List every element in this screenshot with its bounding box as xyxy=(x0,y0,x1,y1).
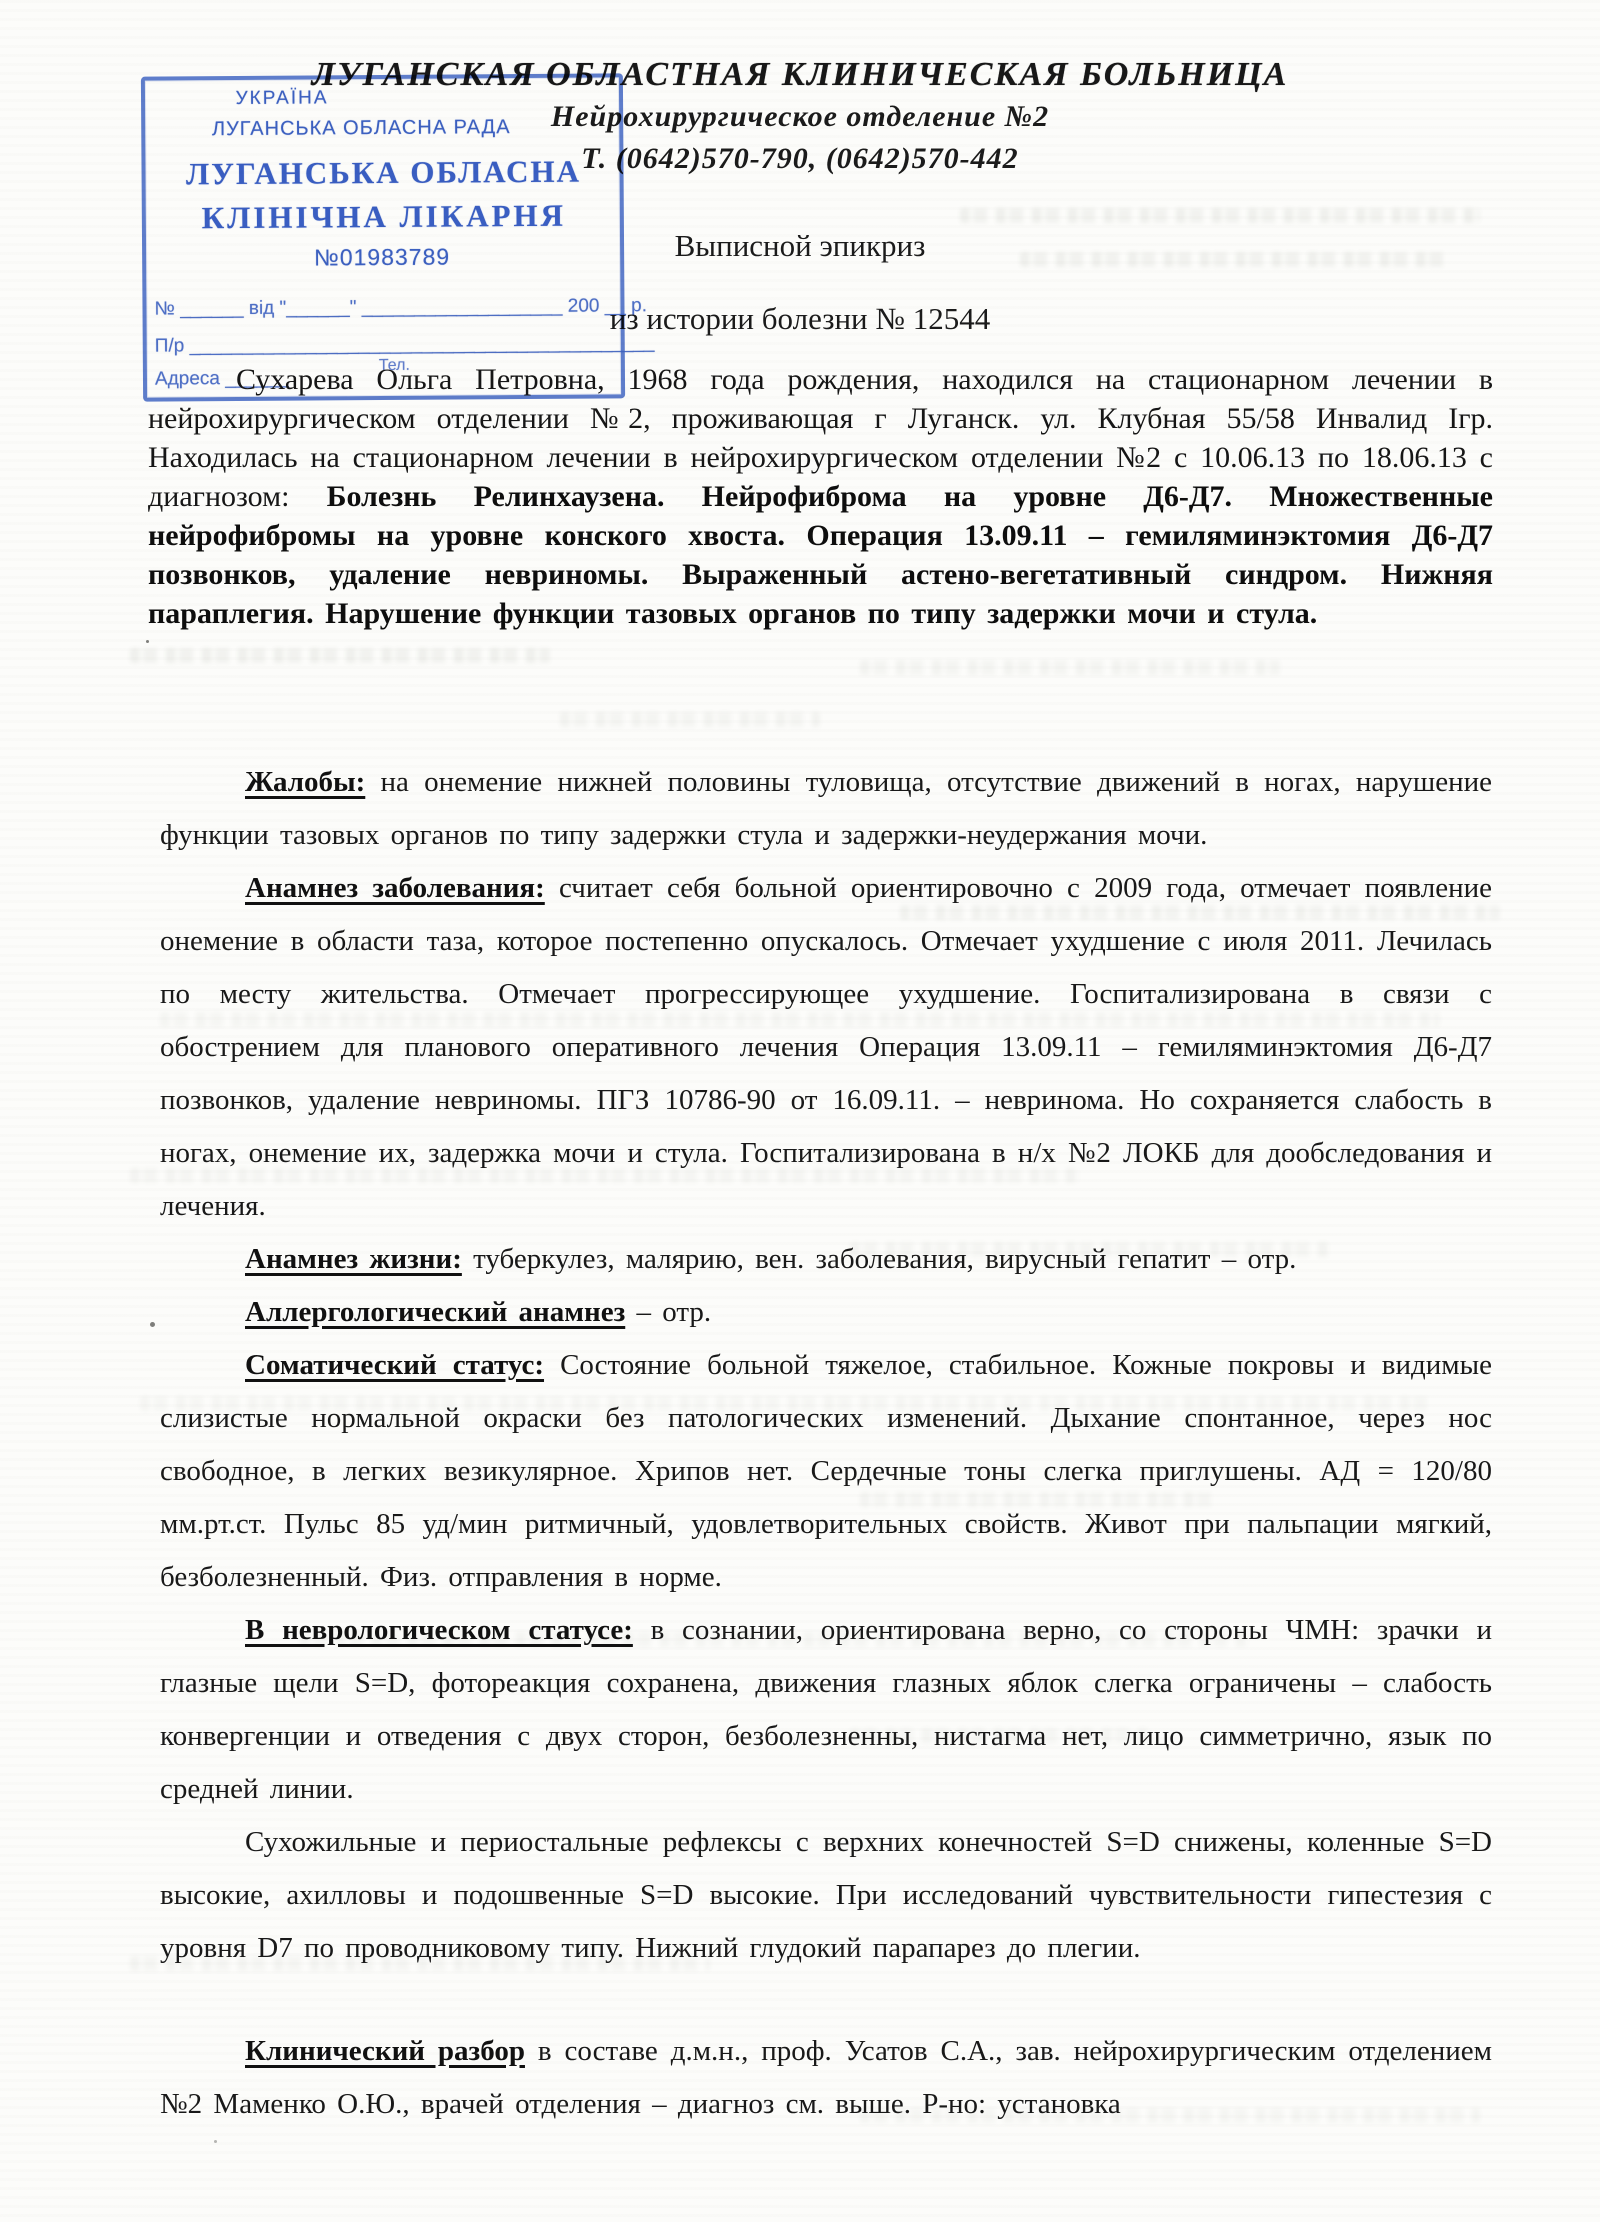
stamp-field-number-date: № ______ від "______" __________________… xyxy=(154,295,647,320)
section-clinical-heading: Клинический разбор xyxy=(245,2035,525,2067)
stamp-field-account: П/р ____________________________________… xyxy=(155,332,655,357)
bleedthrough-artifact xyxy=(130,648,550,663)
stamp-council: ЛУГАНСЬКА ОБЛАСНА РАДА xyxy=(145,116,577,142)
hospital-stamp: УКРАЇНА ЛУГАНСЬКА ОБЛАСНА РАДА ЛУГАНСЬКА… xyxy=(141,73,625,401)
section-allergy-heading: Аллергологический анамнез xyxy=(245,1296,625,1328)
section-somatic-heading: Соматический статус: xyxy=(245,1349,544,1381)
intro-paragraph: Сухарева Ольга Петровна, 1968 года рожде… xyxy=(148,360,1493,633)
section-somatic: Соматический статус: Состояние больной т… xyxy=(160,1339,1492,1604)
stamp-org-line1: ЛУГАНСЬКА ОБЛАСНА xyxy=(145,153,621,192)
bleedthrough-artifact xyxy=(960,208,1480,223)
stamp-org-line2: КЛІНІЧНА ЛІКАРНЯ xyxy=(146,197,622,236)
report-sections: Жалобы: на онемение нижней половины туло… xyxy=(160,756,1492,2131)
section-life-history-heading: Анамнез жизни: xyxy=(245,1243,462,1275)
section-disease-history: Анамнез заболевания: считает себя больно… xyxy=(160,862,1492,1233)
scanned-document-page: ЛУГАНСКАЯ ОБЛАСТНАЯ КЛИНИЧЕСКАЯ БОЛЬНИЦА… xyxy=(0,0,1600,2222)
bleedthrough-artifact xyxy=(560,712,820,727)
section-reflexes: Сухожильные и периостальные рефлексы с в… xyxy=(160,1816,1492,1975)
scan-speck xyxy=(150,1322,155,1327)
bleedthrough-artifact xyxy=(860,660,1280,675)
stamp-number: №01983789 xyxy=(146,242,618,272)
section-disease-history-heading: Анамнез заболевания: xyxy=(245,872,545,904)
section-life-history: Анамнез жизни: туберкулез, малярию, вен.… xyxy=(160,1233,1492,1286)
section-disease-history-text: считает себя больной ориентировочно с 20… xyxy=(160,872,1492,1222)
section-clinical: Клинический разбор в составе д.м.н., про… xyxy=(160,2025,1492,2131)
section-neuro: В неврологическом статусе: в сознании, о… xyxy=(160,1604,1492,1816)
section-allergy-text: – отр. xyxy=(625,1296,711,1328)
scan-speck xyxy=(214,2140,217,2143)
section-life-history-text: туберкулез, малярию, вен. заболевания, в… xyxy=(462,1243,1297,1275)
scan-speck xyxy=(146,640,149,643)
diagnosis-text: Болезнь Релинхаузена. Нейрофиброма на ур… xyxy=(148,480,1493,630)
section-reflexes-text: Сухожильные и периостальные рефлексы с в… xyxy=(160,1826,1492,1964)
section-complaints-heading: Жалобы: xyxy=(245,766,365,798)
section-neuro-heading: В неврологическом статусе: xyxy=(245,1614,633,1646)
stamp-country: УКРАЇНА xyxy=(145,87,419,111)
section-complaints: Жалобы: на онемение нижней половины туло… xyxy=(160,756,1492,862)
section-allergy: Аллергологический анамнез – отр. xyxy=(160,1286,1492,1339)
section-somatic-text: Состояние больной тяжелое, стабильное. К… xyxy=(160,1349,1492,1593)
